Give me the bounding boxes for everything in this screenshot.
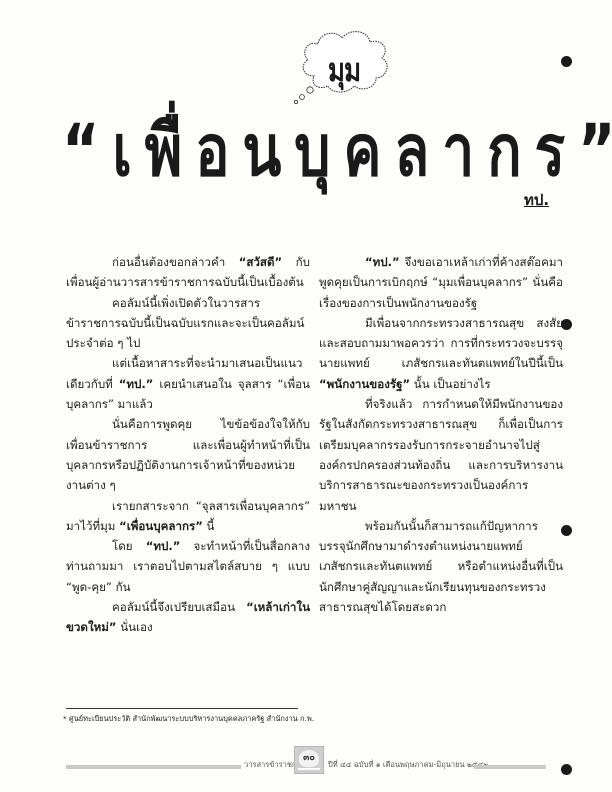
footnote-divider [66,708,298,709]
footer-rule-right [474,765,546,769]
paragraph: “ทป.” จึงขอเอาเหล้าเก่าที่ค้างสต๊อคมาพูด… [319,252,563,313]
paragraph: มีเพื่อนจากกระทรวงสาธารณสุข สงสัยและสอบถ… [319,313,563,394]
author-byline: ทป. [524,188,549,212]
paragraph: นั่นคือการพูดคุย ไขข้อข้องใจให้กับเพื่อน… [66,414,310,495]
page-number: ๓๐ [295,750,323,764]
paragraph: คอลัมน์นี้จึงเปรียบเสมือน “เหล้าเก่าในขว… [66,597,310,638]
paragraph: แต่เนื้อหาสาระที่จะนำมาเสนอเป็นแนวเดียวก… [66,353,310,414]
footnote: * ศูนย์ทะเบียนประวัติ สำนักพัฒนาระบบบริห… [63,713,463,725]
thought-cloud: มุม [292,28,396,108]
left-column: ก่อนอื่นต้องขอกล่าวคำ “สวัสดี” กับเพื่อน… [66,252,310,638]
page-title: “เพื่อนบุคลากร” [62,105,522,197]
paragraph: พร้อมกันนั้นก็สามารถแก้ปัญหาการบรรจุนักศ… [319,516,563,617]
right-column: “ทป.” จึงขอเอาเหล้าเก่าที่ค้างสต๊อคมาพูด… [319,252,563,617]
paragraph: โดย “ทป.” จะทำหน้าที่เป็นสื่อกลาง ท่านถา… [66,536,310,597]
paragraph: เรายกสาระจาก “จุลสารเพื่อนบุคลากร” มาไว้… [66,496,310,537]
paragraph: คอลัมน์นี้เพิ่งเปิดตัวในวารสารข้าราชการฉ… [66,293,310,354]
punch-hole [561,56,572,67]
cloud-label: มุม [292,45,396,96]
page-badge-base [298,768,320,770]
paragraph: ก่อนอื่นต้องขอกล่าวคำ “สวัสดี” กับเพื่อน… [66,252,310,293]
page-number-badge: ๓๐ [294,746,324,774]
punch-hole [561,764,572,775]
paragraph: ที่จริงแล้ว การกำหนดให้มีพนักงานของรัฐใน… [319,394,563,516]
footer-rule-left [66,765,241,769]
footer-issue-info: ปีที่ ๔๔ ฉบับที่ ๑ เดือนพฤษภาคม-มิถุนายน… [328,759,488,771]
